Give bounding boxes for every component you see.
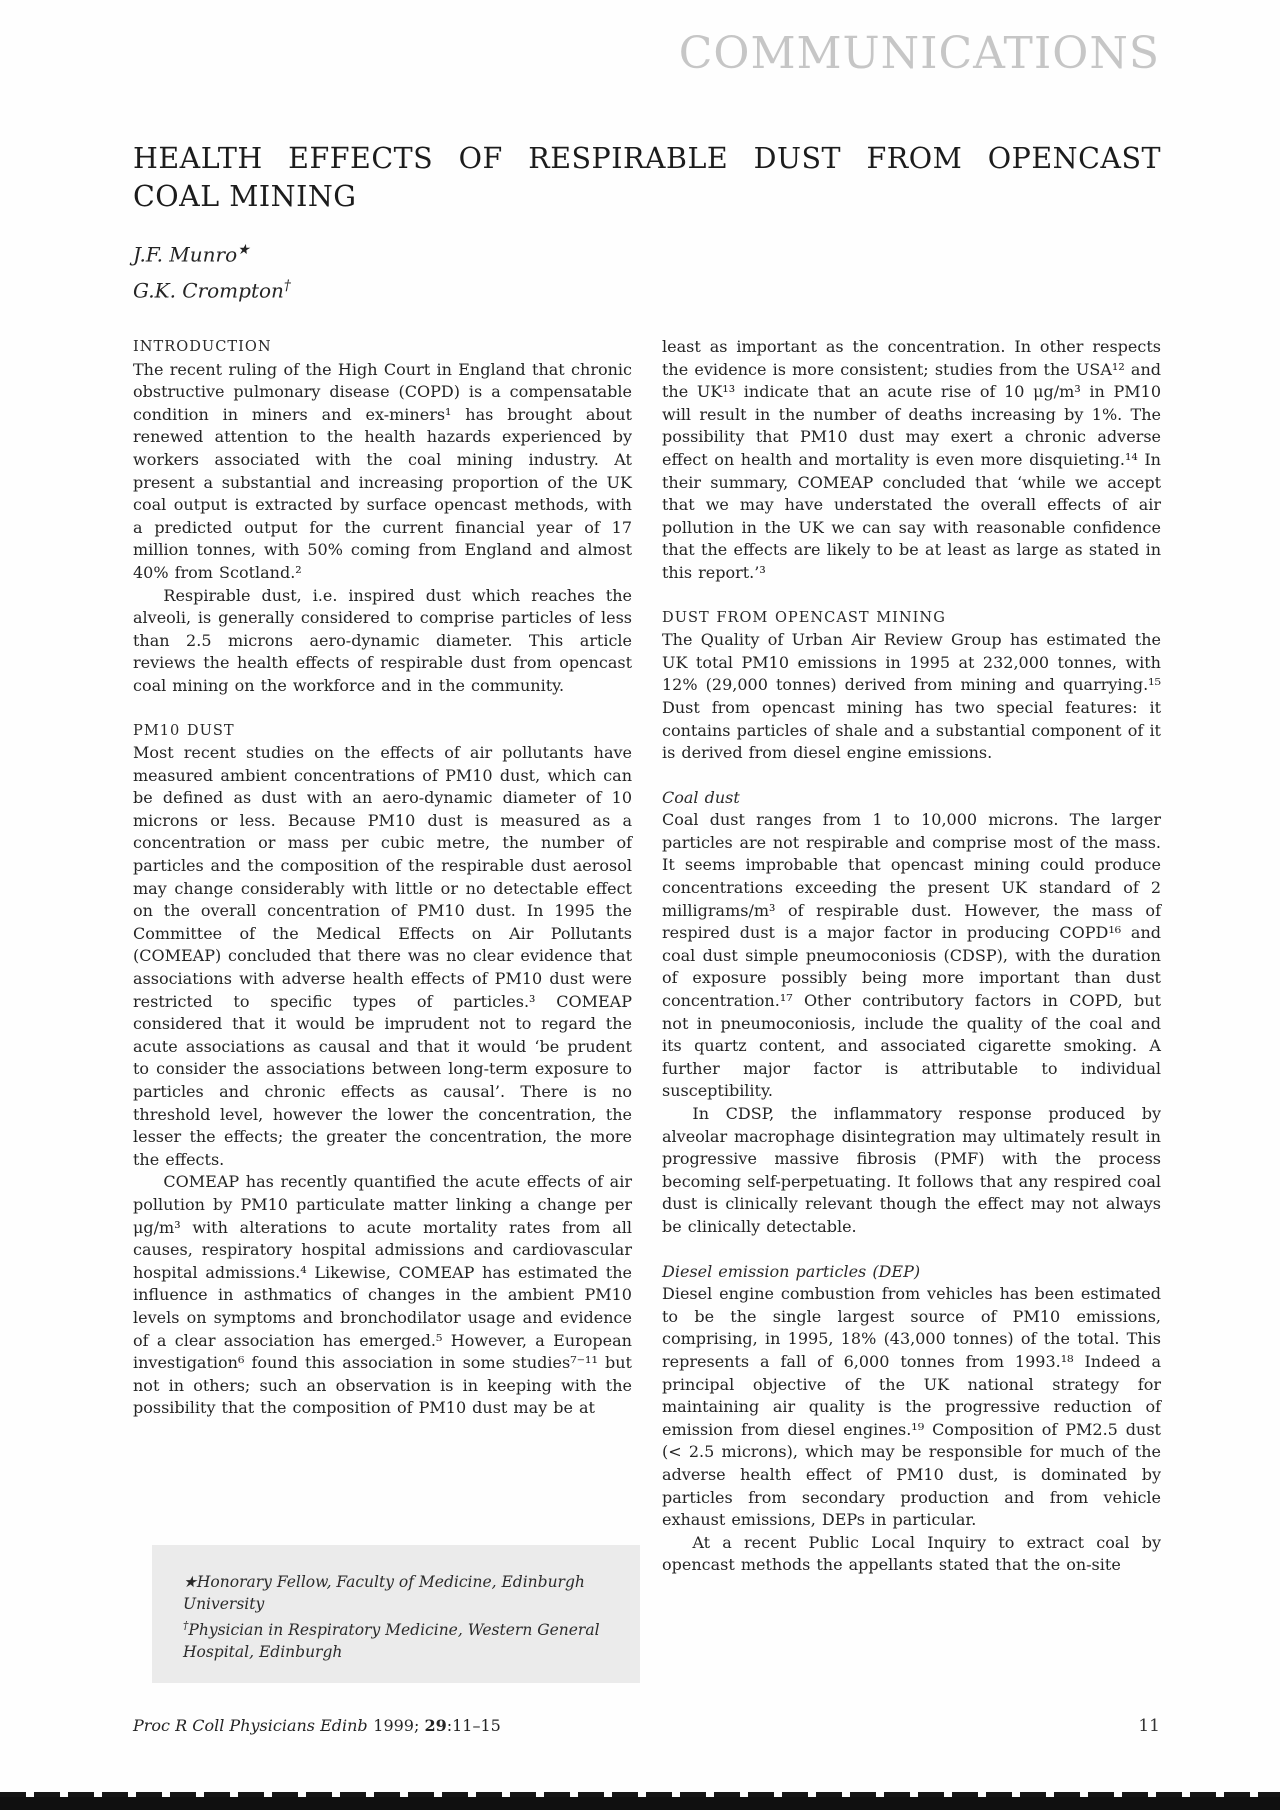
pm10-paragraph-2: COMEAP has recently quantified the acute… (133, 1171, 632, 1420)
author-munro: J.F. Munro★ (133, 242, 291, 267)
page-footer: Proc R Coll Physicians Edinb1999; 29:11–… (133, 1716, 1160, 1736)
author-crompton: G.K. Crompton† (133, 278, 291, 303)
affiliation-note-2: †Physician in Respiratory Medicine, West… (183, 1615, 626, 1663)
journal-citation: Proc R Coll Physicians Edinb1999; 29:11–… (133, 1716, 501, 1735)
author-munro-name: J.F. Munro (133, 243, 237, 267)
scan-edge-bar (0, 1797, 1280, 1810)
author-affiliations-box: ★Honorary Fellow, Faculty of Medicine, E… (152, 1545, 640, 1683)
citation-year: 1999; (373, 1716, 424, 1735)
journal-name: Proc R Coll Physicians Edinb (133, 1716, 368, 1735)
citation-volume: 29 (424, 1716, 446, 1735)
right-column: least as important as the concentration.… (662, 336, 1161, 1577)
section-heading-dust-from-opencast-mining: DUST FROM OPENCAST MINING (662, 607, 1161, 630)
section-heading-introduction: INTRODUCTION (133, 336, 632, 359)
subheading-diesel-emission-particles: Diesel emission particles (DEP) (662, 1261, 1161, 1284)
pm10-paragraph-1: Most recent studies on the effects of ai… (133, 742, 632, 1171)
dep-paragraph-2: At a recent Public Local Inquiry to extr… (662, 1532, 1161, 1577)
dust-opencast-paragraph-1: The Quality of Urban Air Review Group ha… (662, 629, 1161, 765)
dep-paragraph-1: Diesel engine combustion from vehicles h… (662, 1283, 1161, 1532)
two-column-body: INTRODUCTION The recent ruling of the Hi… (133, 336, 1161, 1577)
author-crompton-affiliation-mark: † (284, 278, 291, 294)
author-block: J.F. Munro★ G.K. Crompton† (133, 242, 291, 313)
left-column: INTRODUCTION The recent ruling of the Hi… (133, 336, 632, 1577)
affiliation-note-1-text: Honorary Fellow, Faculty of Medicine, Ed… (183, 1573, 585, 1613)
section-heading-pm10-dust: PM10 DUST (133, 720, 632, 743)
introduction-paragraph-2: Respirable dust, i.e. inspired dust whic… (133, 585, 632, 698)
page-number: 11 (1138, 1716, 1160, 1736)
subheading-coal-dust: Coal dust (662, 787, 1161, 810)
author-munro-affiliation-mark: ★ (237, 242, 250, 258)
citation-pages: :11–15 (447, 1716, 501, 1735)
pm10-paragraph-2-continued: least as important as the concentration.… (662, 336, 1161, 585)
article-title: HEALTH EFFECTS OF RESPIRABLE DUST FROM O… (133, 140, 1161, 215)
introduction-paragraph-1: The recent ruling of the High Court in E… (133, 359, 632, 585)
journal-page: COMMUNICATIONS HEALTH EFFECTS OF RESPIRA… (0, 0, 1280, 1810)
star-mark: ★ (183, 1573, 197, 1591)
affiliation-note-1: ★Honorary Fellow, Faculty of Medicine, E… (183, 1571, 626, 1615)
running-head: COMMUNICATIONS (679, 28, 1160, 79)
coal-dust-paragraph-2: In CDSP, the inflammatory response produ… (662, 1103, 1161, 1239)
affiliation-note-2-text: Physician in Respiratory Medicine, Weste… (183, 1621, 600, 1661)
author-crompton-name: G.K. Crompton (133, 278, 284, 302)
coal-dust-paragraph-1: Coal dust ranges from 1 to 10,000 micron… (662, 809, 1161, 1103)
